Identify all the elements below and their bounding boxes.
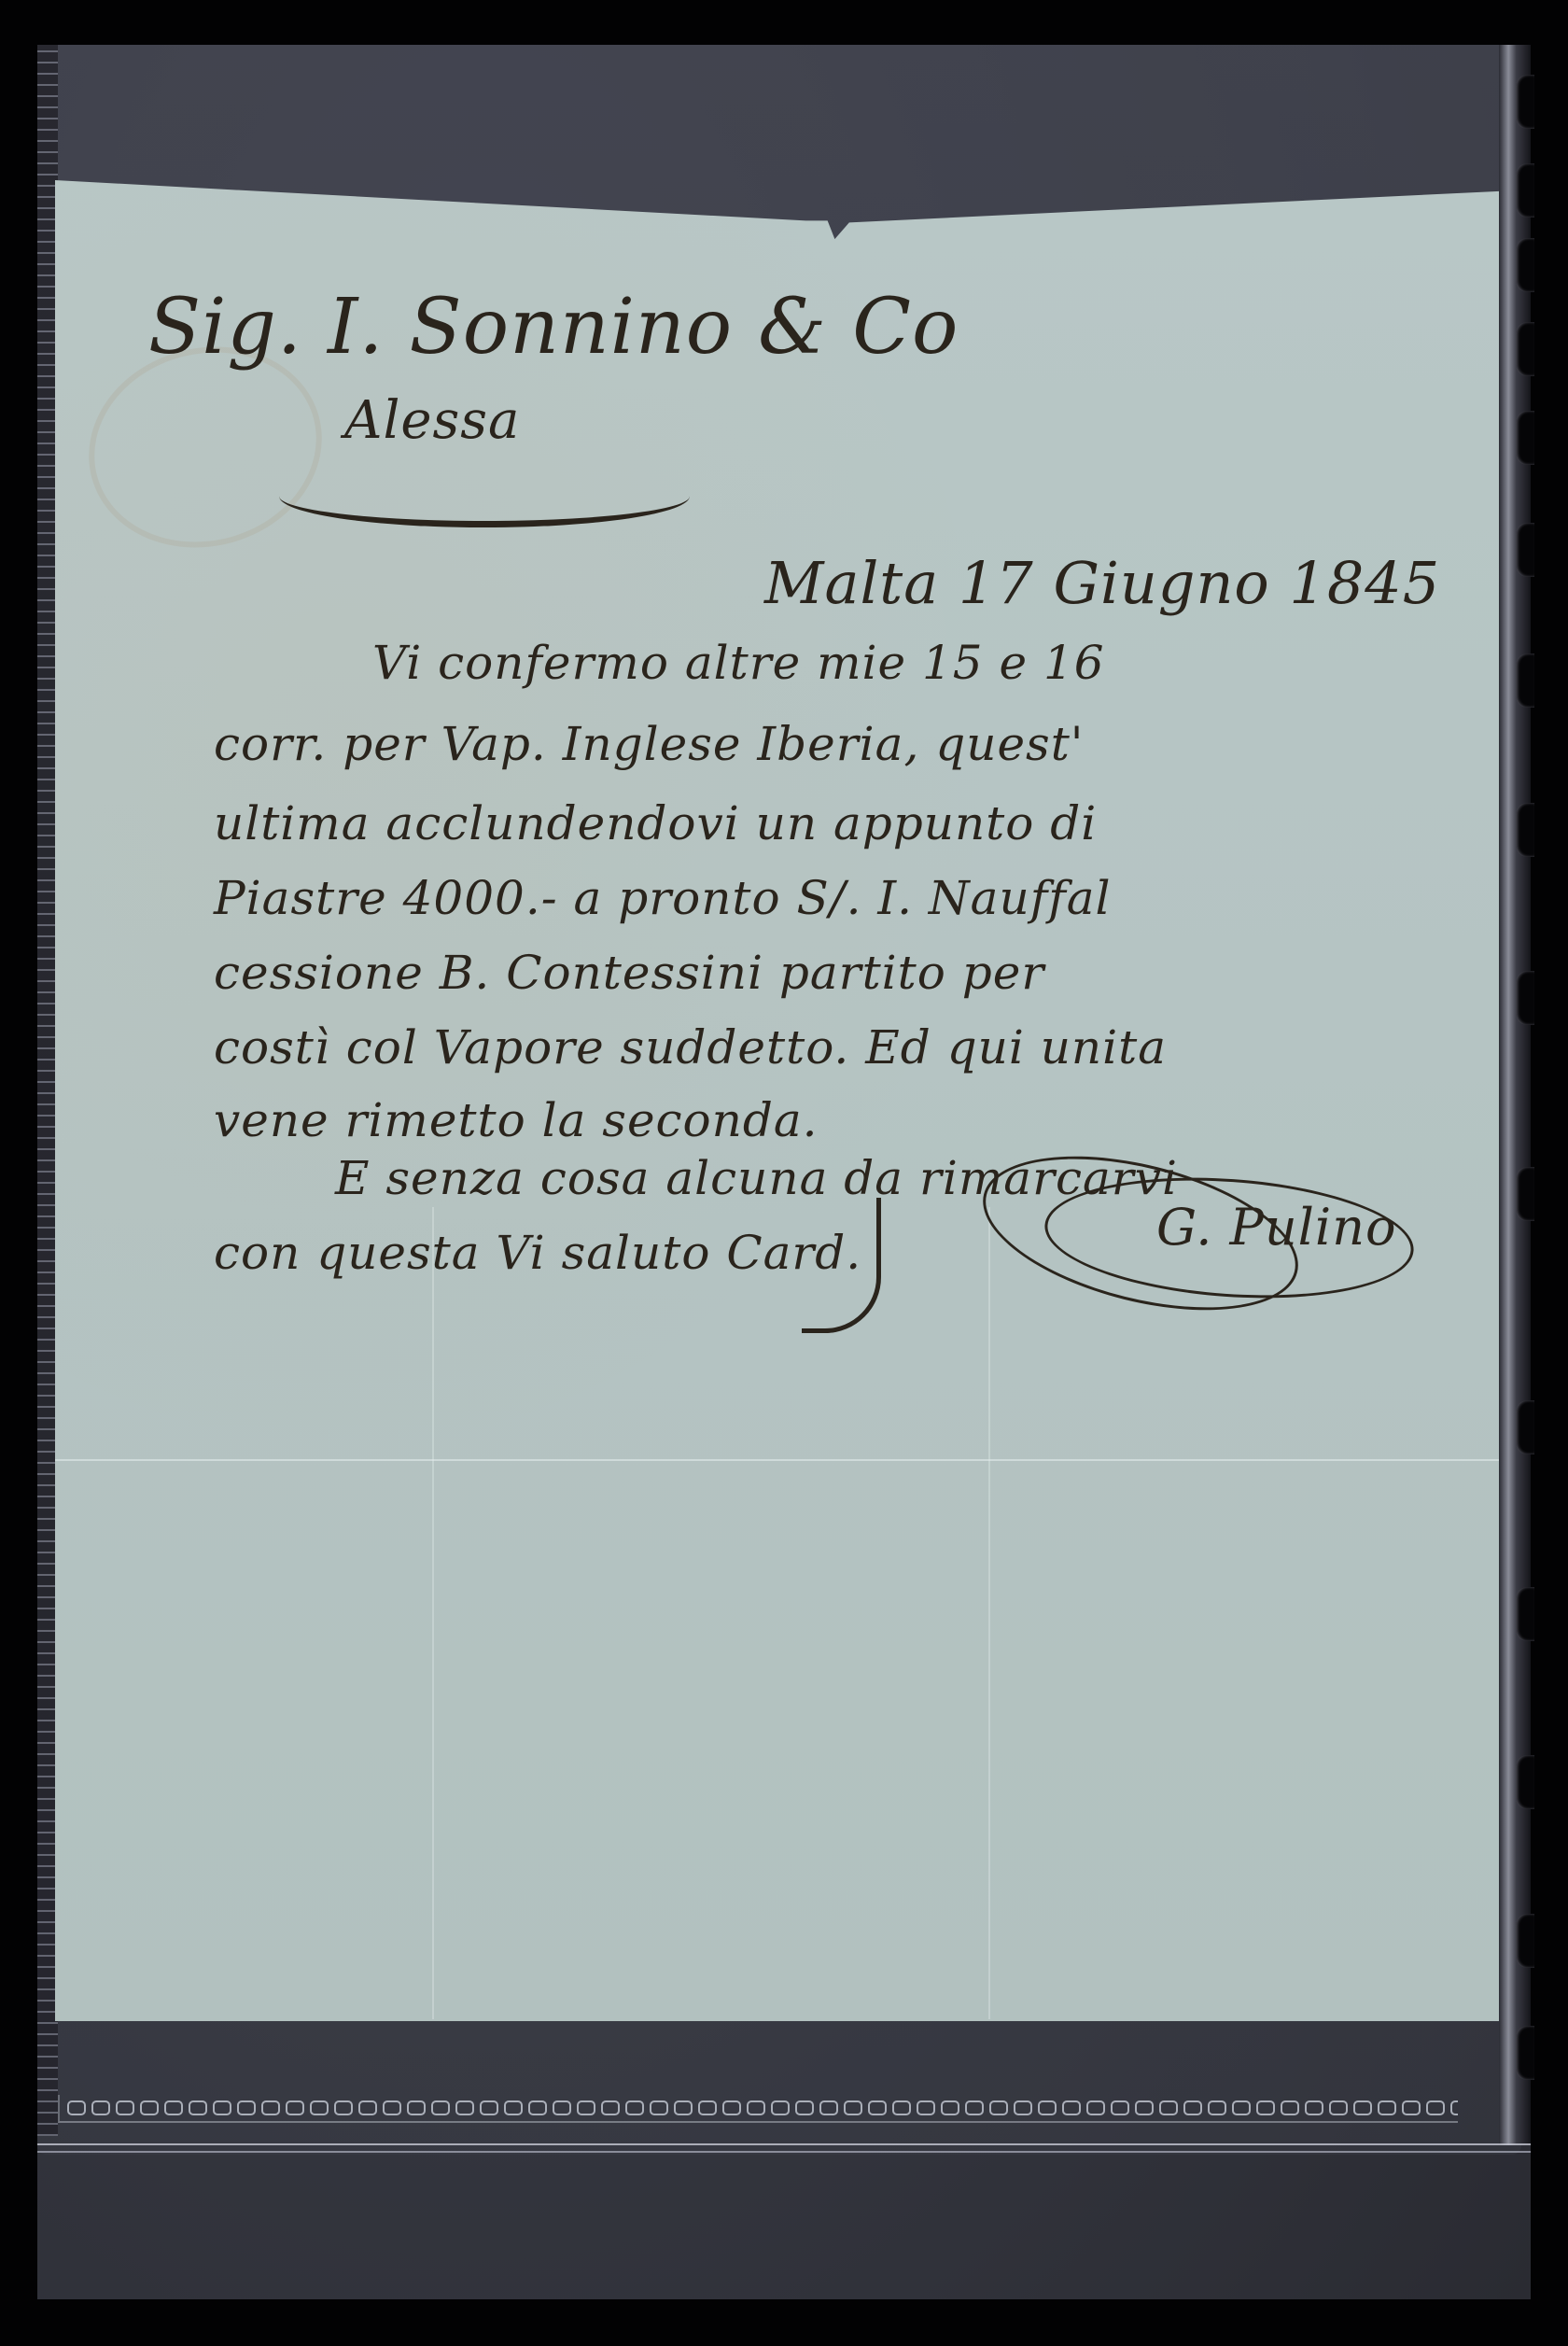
- sleeve-seam: [37, 2140, 1531, 2158]
- perforation-hole: [965, 2100, 984, 2115]
- perforation-hole: [1353, 2100, 1372, 2115]
- body-line: cessione B. Contessini partito per: [214, 946, 1044, 1000]
- perforation-hole: [189, 2100, 207, 2115]
- fold-line-vertical: [988, 1207, 990, 2019]
- body-line: ultima acclundendovi un appunto di: [214, 796, 1097, 850]
- perforation-hole: [989, 2100, 1008, 2115]
- perforation-hole: [1014, 2100, 1032, 2115]
- perforation-hole: [601, 2100, 620, 2115]
- address-city: Alessa: [344, 390, 520, 451]
- closing-curl: [802, 1198, 881, 1333]
- letter-paper: Sig. I. Sonnino & Co Alessa Malta 17 Giu…: [55, 180, 1499, 2021]
- address-recipient: Sig. I. Sonnino & Co: [148, 283, 959, 372]
- perforation-hole: [1281, 2100, 1299, 2115]
- perforation-hole: [674, 2100, 693, 2115]
- perforation-hole: [1159, 2100, 1178, 2115]
- perforation-hole: [1256, 2100, 1275, 2115]
- binder-hole-icon: [1516, 238, 1534, 292]
- dateline: Malta 17 Giugno 1845: [764, 549, 1440, 617]
- perforation-hole: [358, 2100, 377, 2115]
- perforation-hole: [504, 2100, 523, 2115]
- body-line: corr. per Vap. Inglese Iberia, quest': [214, 717, 1085, 771]
- perforation-hole: [140, 2100, 159, 2115]
- perforation-hole: [553, 2100, 571, 2115]
- sleeve-perforation-row: [58, 2095, 1458, 2123]
- body-line: vene rimetto la seconda.: [214, 1093, 819, 1147]
- perforation-hole: [844, 2100, 862, 2115]
- perforation-hole: [213, 2100, 231, 2115]
- binder-hole-icon: [1516, 1587, 1534, 1641]
- perforation-hole: [310, 2100, 329, 2115]
- binder-hole-icon: [1516, 1167, 1534, 1221]
- body-line: costì col Vapore suddetto. Ed qui unita: [214, 1020, 1167, 1075]
- perforation-hole: [747, 2100, 765, 2115]
- perforation-hole: [528, 2100, 547, 2115]
- perforation-hole: [1062, 2100, 1081, 2115]
- binder-hole-icon: [1516, 75, 1534, 129]
- binder-hole-icon: [1516, 1400, 1534, 1454]
- perforation-hole: [1111, 2100, 1129, 2115]
- perforation-hole: [261, 2100, 280, 2115]
- perforation-hole: [625, 2100, 644, 2115]
- perforation-hole: [334, 2100, 353, 2115]
- body-line: Piastre 4000.- a pronto S/. I. Nauffal: [214, 871, 1112, 925]
- perforation-hole: [67, 2100, 86, 2115]
- closing-line: con questa Vi saluto Card.: [214, 1226, 861, 1280]
- perforation-hole: [1208, 2100, 1226, 2115]
- perforation-hole: [1402, 2100, 1421, 2115]
- perforation-hole: [917, 2100, 935, 2115]
- perforation-hole: [1135, 2100, 1154, 2115]
- perforation-hole: [1426, 2100, 1445, 2115]
- perforation-hole: [771, 2100, 790, 2115]
- binder-hole-icon: [1516, 971, 1534, 1025]
- perforation-hole: [1305, 2100, 1323, 2115]
- fold-line-vertical: [432, 1207, 434, 2019]
- binder-hole-icon: [1516, 1755, 1534, 1809]
- perforation-hole: [407, 2100, 426, 2115]
- perforation-hole: [650, 2100, 668, 2115]
- address-flourish: [279, 465, 690, 527]
- perforation-hole: [868, 2100, 887, 2115]
- perforation-hole: [941, 2100, 959, 2115]
- binder-hole-icon: [1516, 411, 1534, 465]
- perforation-hole: [116, 2100, 134, 2115]
- binder-hole-icon: [1516, 163, 1534, 218]
- perforation-hole: [164, 2100, 183, 2115]
- binder-hole-icon: [1516, 2026, 1534, 2080]
- fold-line-horizontal: [55, 1459, 1499, 1461]
- perforation-hole: [431, 2100, 450, 2115]
- perforation-hole: [577, 2100, 595, 2115]
- binder-hole-icon: [1516, 523, 1534, 577]
- perforation-hole: [698, 2100, 717, 2115]
- perforation-hole: [1183, 2100, 1202, 2115]
- perforation-hole: [1038, 2100, 1057, 2115]
- signature: G. Pulino: [1156, 1198, 1396, 1257]
- sleeve-left-edge: [37, 45, 58, 2136]
- perforation-hole: [1450, 2100, 1458, 2115]
- perforation-hole: [1329, 2100, 1348, 2115]
- perforation-hole: [1378, 2100, 1396, 2115]
- perforation-hole: [1086, 2100, 1105, 2115]
- binder-hole-icon: [1516, 803, 1534, 857]
- perforation-hole: [455, 2100, 474, 2115]
- perforation-hole: [795, 2100, 814, 2115]
- perforation-hole: [892, 2100, 911, 2115]
- perforation-hole: [383, 2100, 401, 2115]
- body-line: Vi confermo altre mie 15 e 16: [372, 636, 1105, 690]
- perforation-hole: [91, 2100, 110, 2115]
- perforation-hole: [237, 2100, 256, 2115]
- perforation-hole: [819, 2100, 838, 2115]
- perforation-hole: [286, 2100, 304, 2115]
- binder-hole-icon: [1516, 653, 1534, 708]
- perforation-hole: [1232, 2100, 1251, 2115]
- perforation-hole: [480, 2100, 498, 2115]
- perforation-hole: [722, 2100, 741, 2115]
- binder-hole-icon: [1516, 322, 1534, 376]
- binder-hole-icon: [1516, 1914, 1534, 1968]
